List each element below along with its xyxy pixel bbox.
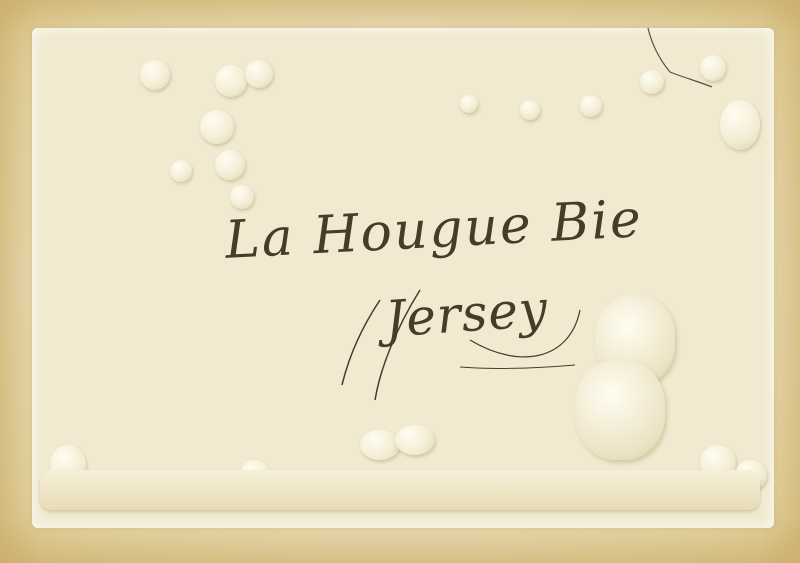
paper-crack (0, 0, 800, 563)
card-photo: La Hougue Bie Jersey (0, 0, 800, 563)
inscription-line-2: Jersey (383, 279, 550, 348)
